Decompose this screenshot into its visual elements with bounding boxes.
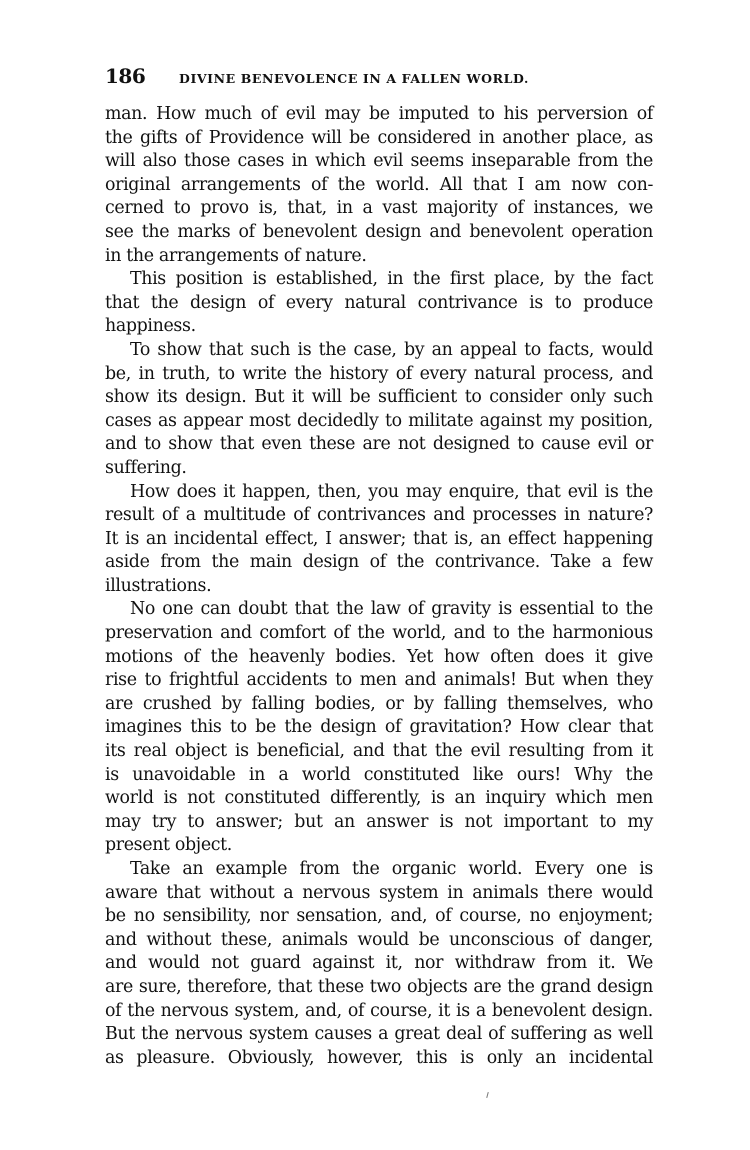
text-line: cerned to provo is, that, in a vast majo… bbox=[105, 197, 653, 221]
running-title: DIVINE BENEVOLENCE IN A FALLEN WORLD. bbox=[179, 71, 529, 86]
text-line: of the nervous system, and, of course, i… bbox=[105, 1000, 653, 1024]
text-line: How does it happen, then, you may enquir… bbox=[105, 481, 653, 505]
text-line: may try to answer; but an answer is not … bbox=[105, 811, 653, 835]
paragraph: Take an example from the organic world. … bbox=[105, 858, 653, 1070]
text-line: and would not guard against it, nor with… bbox=[105, 952, 653, 976]
text-line: No one can doubt that the law of gravity… bbox=[105, 598, 653, 622]
text-line: its real object is beneficial, and that … bbox=[105, 740, 653, 764]
paragraph: man. How much of evil may be imputed to … bbox=[105, 103, 653, 268]
text-line: Take an example from the organic world. … bbox=[105, 858, 653, 882]
text-line: To show that such is the case, by an app… bbox=[105, 339, 653, 363]
text-line: This position is established, in the fir… bbox=[105, 268, 653, 292]
text-line: But the nervous system causes a great de… bbox=[105, 1023, 653, 1047]
text-line: is unavoidable in a world constituted li… bbox=[105, 764, 653, 788]
text-line: world is not constituted differently, is… bbox=[105, 787, 653, 811]
text-line: rise to frightful accidents to men and a… bbox=[105, 669, 653, 693]
text-line: present object. bbox=[105, 834, 653, 858]
text-line: that the design of every natural contriv… bbox=[105, 292, 653, 316]
text-line: imagines this to be the design of gravit… bbox=[105, 716, 653, 740]
running-head: 186 DIVINE BENEVOLENCE IN A FALLEN WORLD… bbox=[105, 64, 653, 92]
paragraph: No one can doubt that the law of gravity… bbox=[105, 598, 653, 858]
text-line: are sure, therefore, that these two obje… bbox=[105, 976, 653, 1000]
text-line: be no sensibility, nor sensation, and, o… bbox=[105, 905, 653, 929]
text-line: the gifts of Providence will be consider… bbox=[105, 127, 653, 151]
text-line: will also those cases in which evil seem… bbox=[105, 150, 653, 174]
text-line: result of a multitude of contrivances an… bbox=[105, 504, 653, 528]
text-line: It is an incidental effect, I answer; th… bbox=[105, 528, 653, 552]
text-line: motions of the heavenly bodies. Yet how … bbox=[105, 646, 653, 670]
text-line: and to show that even these are not desi… bbox=[105, 433, 653, 457]
text-line: and without these, animals would be unco… bbox=[105, 929, 653, 953]
text-line: preservation and comfort of the world, a… bbox=[105, 622, 653, 646]
text-line: happiness. bbox=[105, 315, 653, 339]
text-line: are crushed by falling bodies, or by fal… bbox=[105, 693, 653, 717]
text-line: cases as appear most decidedly to milita… bbox=[105, 410, 653, 434]
text-line: as pleasure. Obviously, however, this is… bbox=[105, 1047, 653, 1071]
text-line: aside from the main design of the contri… bbox=[105, 551, 653, 575]
text-line: illustrations. bbox=[105, 575, 653, 599]
text-line: suffering. bbox=[105, 457, 653, 481]
body-text: man. How much of evil may be imputed to … bbox=[105, 103, 653, 1070]
text-line: be, in truth, to write the history of ev… bbox=[105, 363, 653, 387]
text-line: show its design. But it will be sufficie… bbox=[105, 386, 653, 410]
text-line: aware that without a nervous system in a… bbox=[105, 882, 653, 906]
text-line: in the arrangements of nature. bbox=[105, 245, 653, 269]
paragraph: To show that such is the case, by an app… bbox=[105, 339, 653, 481]
book-page: 186 DIVINE BENEVOLENCE IN A FALLEN WORLD… bbox=[105, 64, 653, 1070]
page-number: 186 bbox=[105, 64, 179, 88]
paragraph: How does it happen, then, you may enquir… bbox=[105, 481, 653, 599]
scan-artifact bbox=[486, 1092, 489, 1098]
text-line: see the marks of benevolent design and b… bbox=[105, 221, 653, 245]
paragraph: This position is established, in the fir… bbox=[105, 268, 653, 339]
text-line: original arrangements of the world. All … bbox=[105, 174, 653, 198]
text-line: man. How much of evil may be imputed to … bbox=[105, 103, 653, 127]
